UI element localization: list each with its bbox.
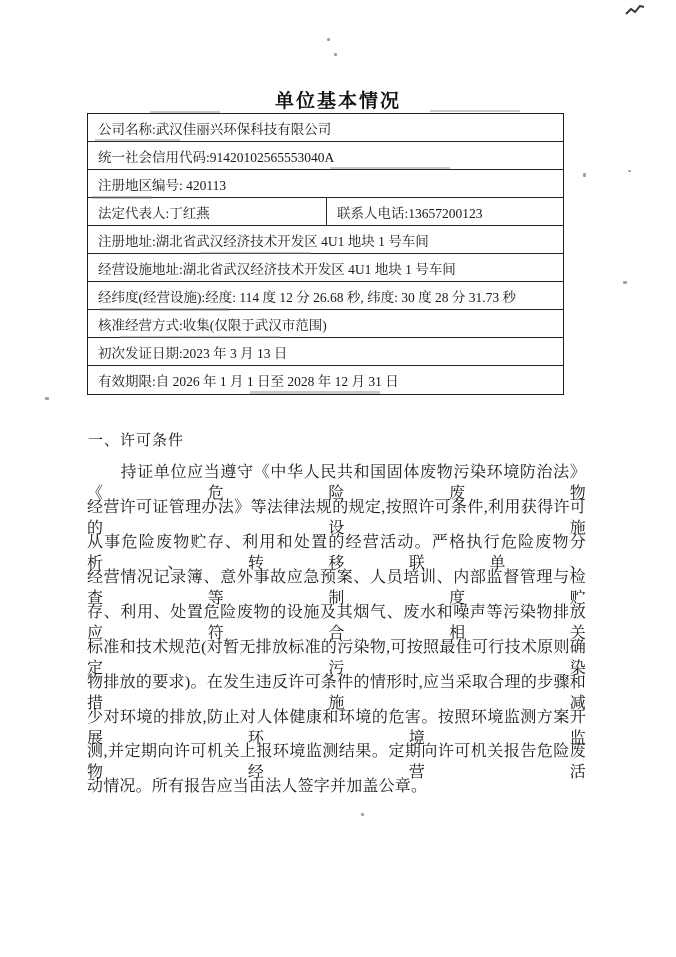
scan-speck — [45, 397, 49, 400]
table-cell-region-code: 注册地区编号: 420113 — [88, 174, 226, 194]
scan-speck — [327, 38, 330, 41]
table-cell-coordinates: 经纬度(经营设施):经度: 114 度 12 分 26.68 秒, 纬度: 30… — [88, 286, 516, 306]
paragraph-line: 动情况。所有报告应当由法人签字并加盖公章。 — [87, 776, 586, 797]
table-row: 公司名称:武汉佳丽兴环保科技有限公司 — [88, 114, 563, 142]
section-heading-license-conditions: 一、许可条件 — [88, 429, 184, 450]
table-cell-credit-code: 统一社会信用代码:91420102565553040A — [88, 146, 334, 166]
table-cell-company-name: 公司名称:武汉佳丽兴环保科技有限公司 — [88, 118, 331, 138]
table-row: 法定代表人:丁红燕 联系人电话:13657200123 — [88, 198, 563, 226]
table-cell-approved-mode: 核准经营方式:收集(仅限于武汉市范围) — [88, 314, 327, 334]
table-row: 经纬度(经营设施):经度: 114 度 12 分 26.68 秒, 纬度: 30… — [88, 282, 563, 310]
scan-speck — [361, 813, 364, 816]
table-row: 注册地址:湖北省武汉经济技术开发区 4U1 地块 1 号车间 — [88, 226, 563, 254]
table-row: 有效期限:自 2026 年 1 月 1 日至 2028 年 12 月 31 日 — [88, 366, 563, 394]
table-cell-validity-period: 有效期限:自 2026 年 1 月 1 日至 2028 年 12 月 31 日 — [88, 370, 399, 390]
table-row: 初次发证日期:2023 年 3 月 13 日 — [88, 338, 563, 366]
table-cell-first-issue-date: 初次发证日期:2023 年 3 月 13 日 — [88, 342, 287, 362]
scan-speck — [628, 170, 631, 172]
basic-info-table: 公司名称:武汉佳丽兴环保科技有限公司 统一社会信用代码:914201025655… — [87, 113, 564, 395]
table-row: 统一社会信用代码:91420102565553040A — [88, 142, 563, 170]
page-title: 单位基本情况 — [0, 86, 676, 113]
table-cell-contact-phone: 联系人电话:13657200123 — [326, 198, 563, 225]
table-cell-facility-address: 经营设施地址:湖北省武汉经济技术开发区 4U1 地块 1 号车间 — [88, 258, 456, 278]
scan-speck — [583, 173, 586, 177]
scanned-document-page: { "page": { "title": "单位基本情况" }, "info_t… — [0, 0, 676, 957]
table-cell-legal-representative: 法定代表人:丁红燕 — [88, 202, 326, 222]
table-row: 经营设施地址:湖北省武汉经济技术开发区 4U1 地块 1 号车间 — [88, 254, 563, 282]
pen-mark — [624, 3, 646, 17]
scan-speck — [623, 281, 627, 284]
scan-speck — [334, 53, 337, 56]
table-cell-registered-address: 注册地址:湖北省武汉经济技术开发区 4U1 地块 1 号车间 — [88, 230, 429, 250]
table-row: 注册地区编号: 420113 — [88, 170, 563, 198]
table-row: 核准经营方式:收集(仅限于武汉市范围) — [88, 310, 563, 338]
